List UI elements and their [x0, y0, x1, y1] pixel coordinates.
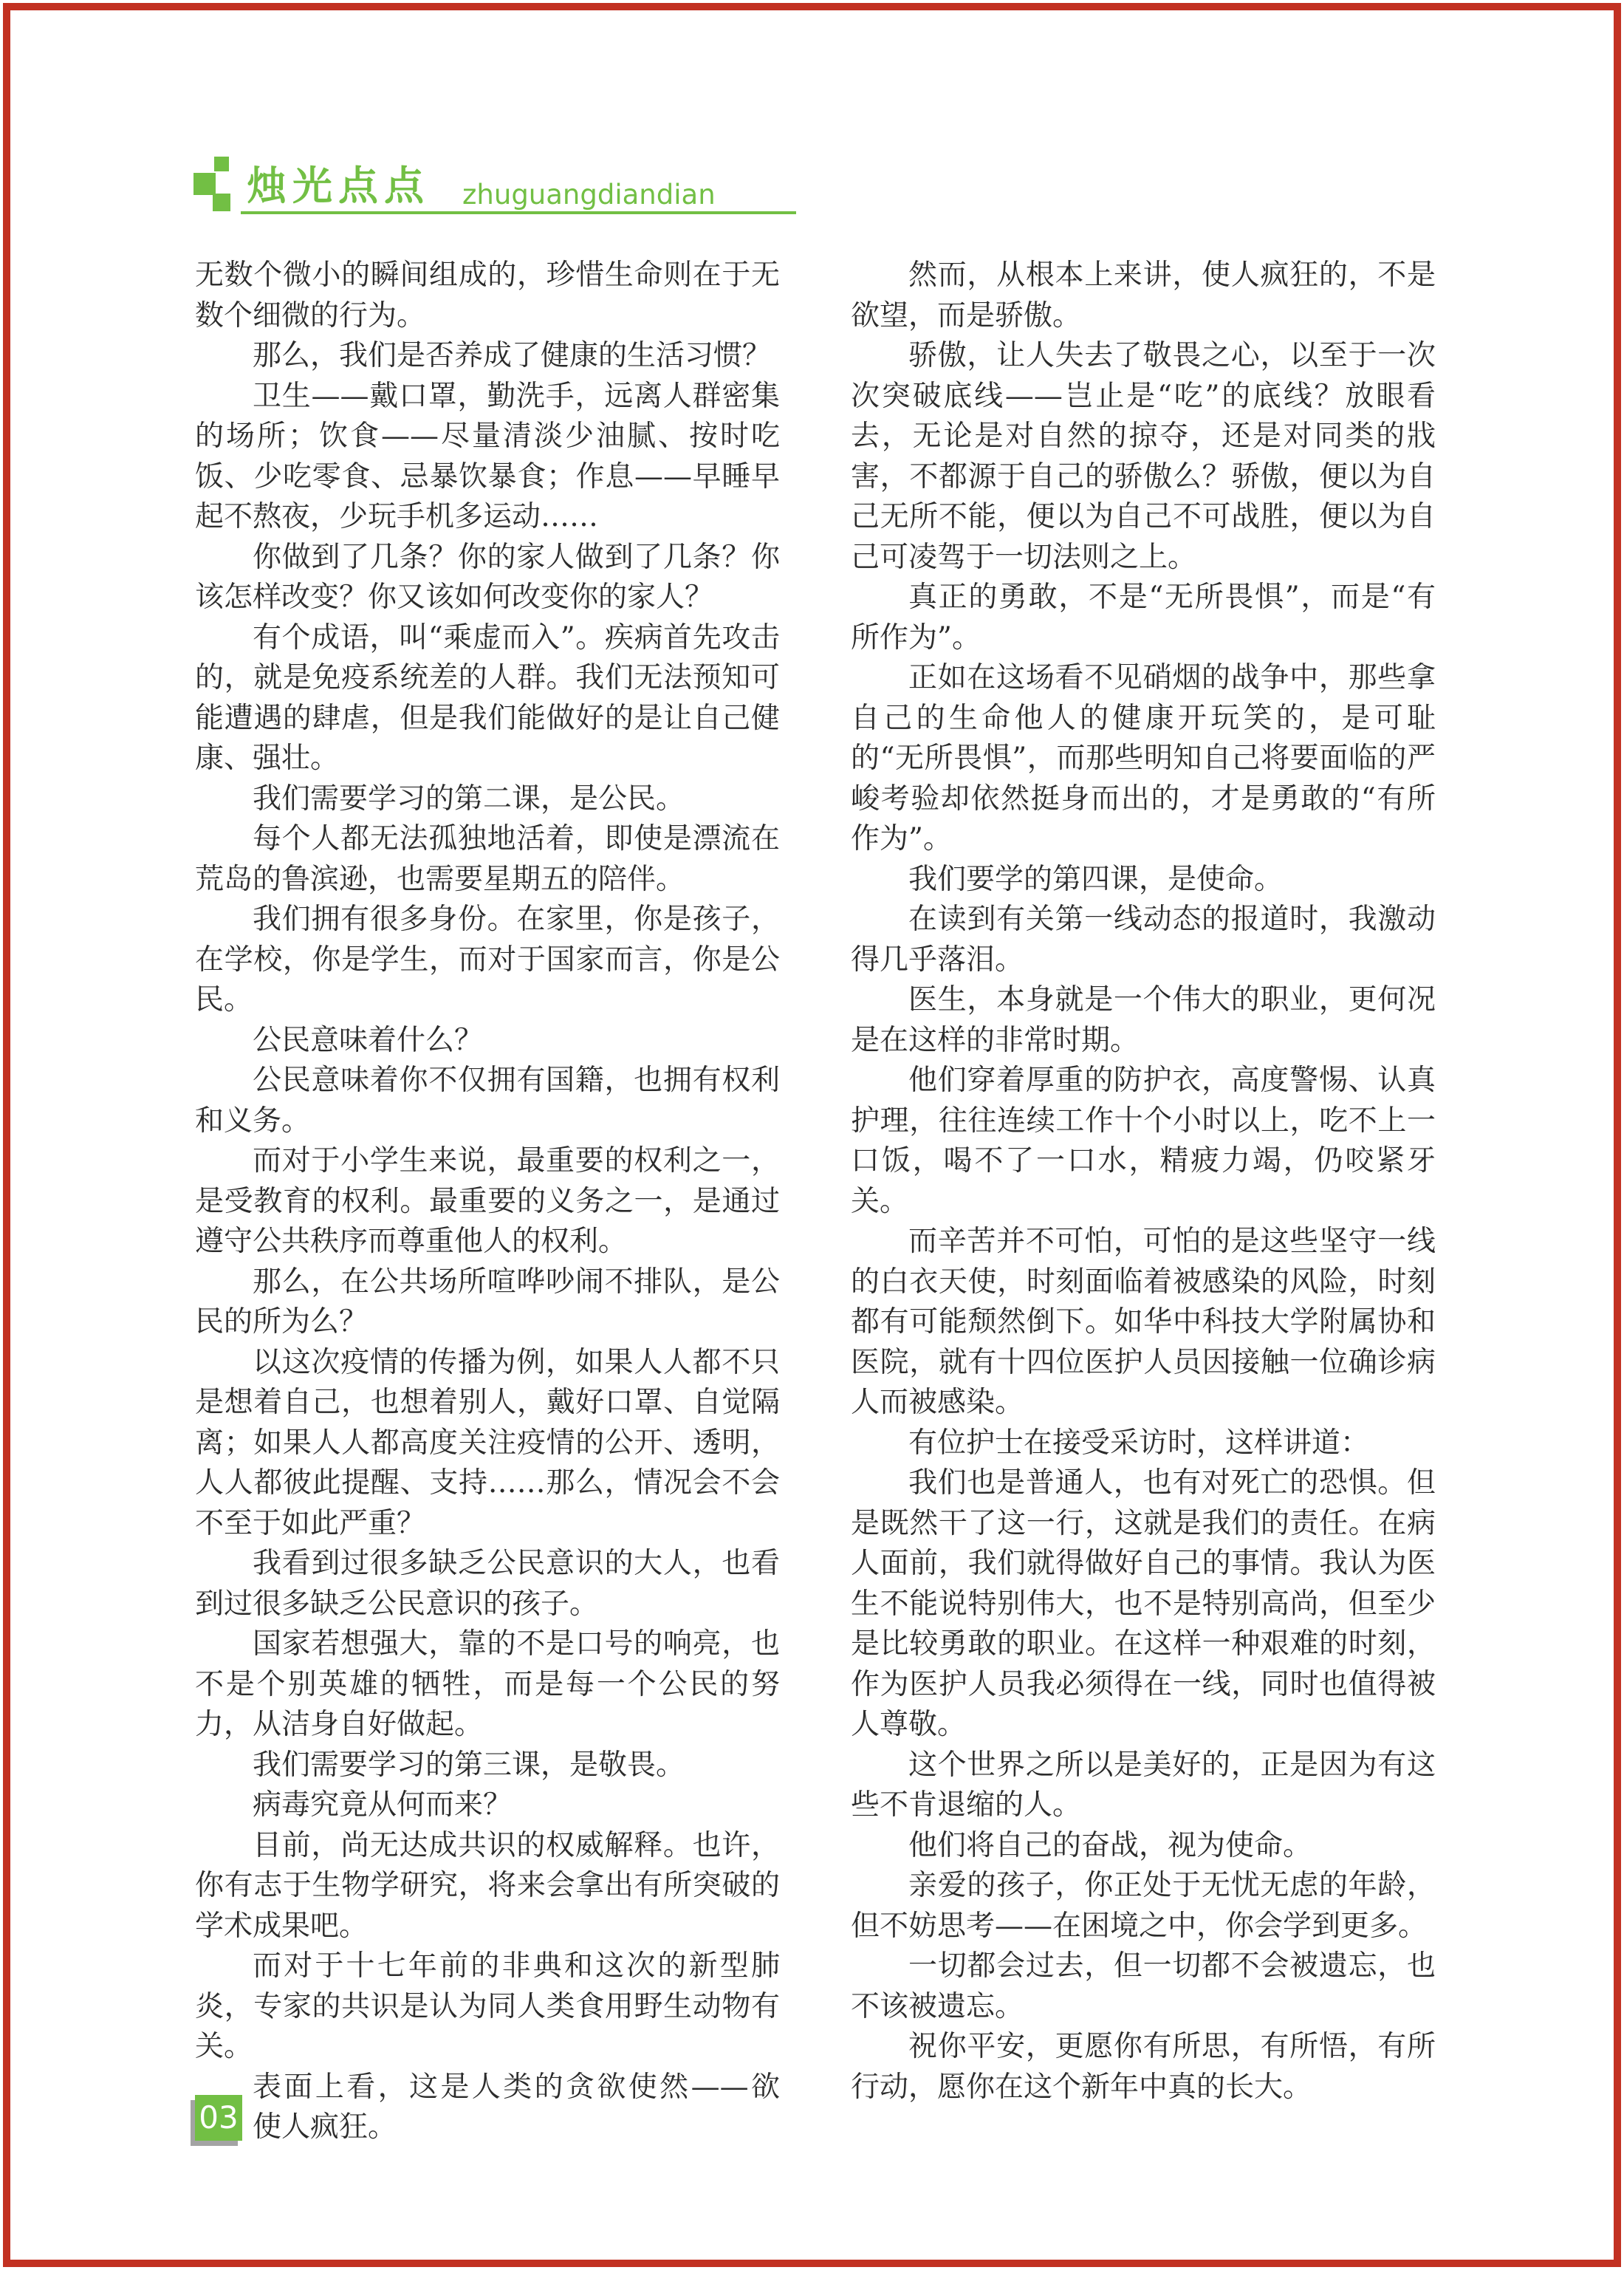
paragraph: 我们也是普通人，也有对死亡的恐惧。但是既然干了这一行，这就是我们的责任。在病人面…: [851, 1463, 1436, 1746]
logo-square-top: [214, 157, 229, 171]
paragraph: 无数个微小的瞬间组成的，珍惜生命则在于无数个细微的行为。: [195, 256, 780, 336]
paragraph: 我看到过很多缺乏公民意识的大人，也看到过很多缺乏公民意识的孩子。: [195, 1544, 780, 1624]
paragraph: 我们要学的第四课，是使命。: [851, 860, 1436, 900]
paragraph: 以这次疫情的传播为例，如果人人都不只是想着自己，也想着别人，戴好口罩、自觉隔离；…: [195, 1343, 780, 1545]
article-column-right: 然而，从根本上来讲，使人疯狂的，不是欲望，而是骄傲。骄傲，让人失去了敬畏之心，以…: [851, 256, 1436, 2107]
paragraph: 目前，尚无达成共识的权威解释。也许，你有志于生物学研究，将来会拿出有所突破的学术…: [195, 1826, 780, 1947]
paragraph: 一切都会过去，但一切都不会被遗忘，也不该被遗忘。: [851, 1946, 1436, 2027]
paragraph: 祝你平安，更愿你有所思，有所悟，有所行动，愿你在这个新年中真的长大。: [851, 2027, 1436, 2107]
paragraph: 国家若想强大，靠的不是口号的响亮，也不是个别英雄的牺牲，而是每一个公民的努力，从…: [195, 1624, 780, 1746]
paragraph: 这个世界之所以是美好的，正是因为有这些不肯退缩的人。: [851, 1746, 1436, 1826]
paragraph: 他们穿着厚重的防护衣，高度警惕、认真护理，往往连续工作十个小时以上，吃不上一口饭…: [851, 1061, 1436, 1222]
section-title-pinyin: zhuguangdiandian: [462, 180, 716, 210]
paragraph: 有个成语，叫“乘虚而入”。疾病首先攻击的，就是免疫系统差的人群。我们无法预知可能…: [195, 618, 780, 779]
page-number-badge: 03: [195, 2095, 242, 2141]
paragraph: 病毒究竟从何而来？: [195, 1785, 780, 1826]
paragraph: 你做到了几条？你的家人做到了几条？你该怎样改变？你又该如何改变你的家人？: [195, 538, 780, 618]
paragraph: 而辛苦并不可怕，可怕的是这些坚守一线的白衣天使，时刻面临着被感染的风险，时刻都有…: [851, 1222, 1436, 1423]
logo-square-bottom: [213, 194, 230, 211]
section-title: 烛光点点: [247, 165, 430, 207]
paragraph: 那么，我们是否养成了健康的生活习惯？: [195, 336, 780, 377]
article-column-left: 无数个微小的瞬间组成的，珍惜生命则在于无数个细微的行为。那么，我们是否养成了健康…: [195, 256, 780, 2148]
paragraph: 那么，在公共场所喧哗吵闹不排队，是公民的所为么？: [195, 1262, 780, 1343]
paragraph: 而对于小学生来说，最重要的权利之一，是受教育的权利。最重要的义务之一，是通过遵守…: [195, 1141, 780, 1262]
paragraph: 然而，从根本上来讲，使人疯狂的，不是欲望，而是骄傲。: [851, 256, 1436, 336]
paragraph: 公民意味着你不仅拥有国籍，也拥有权利和义务。: [195, 1061, 780, 1141]
paragraph: 在读到有关第一线动态的报道时，我激动得几乎落泪。: [851, 900, 1436, 980]
paragraph: 骄傲，让人失去了敬畏之心，以至于一次次突破底线——岂止是“吃”的底线？放眼看去，…: [851, 336, 1436, 578]
paragraph: 公民意味着什么？: [195, 1021, 780, 1062]
paragraph: 表面上看，这是人类的贪欲使然——欲望，使人疯狂。: [195, 2068, 780, 2148]
paragraph: 他们将自己的奋战，视为使命。: [851, 1826, 1436, 1867]
paragraph: 我们需要学习的第三课，是敬畏。: [195, 1746, 780, 1786]
paragraph: 有位护士在接受采访时，这样讲道：: [851, 1423, 1436, 1464]
header-underline: [241, 211, 796, 214]
paragraph: 亲爱的孩子，你正处于无忧无虑的年龄，但不妨思考——在困境之中，你会学到更多。: [851, 1866, 1436, 1946]
paragraph: 我们需要学习的第二课，是公民。: [195, 779, 780, 820]
logo-square-middle: [193, 173, 216, 195]
paragraph: 卫生——戴口罩，勤洗手，远离人群密集的场所；饮食——尽量清淡少油腻、按时吃饭、少…: [195, 377, 780, 538]
magazine-page: 烛光点点 zhuguangdiandian 无数个微小的瞬间组成的，珍惜生命则在…: [0, 0, 1624, 2270]
paragraph: 而对于十七年前的非典和这次的新型肺炎，专家的共识是认为同人类食用野生动物有关。: [195, 1946, 780, 2068]
paragraph: 真正的勇敢，不是“无所畏惧”，而是“有所作为”。: [851, 578, 1436, 658]
pixel-squares-icon: [193, 157, 247, 214]
paragraph: 我们拥有很多身份。在家里，你是孩子，在学校，你是学生，而对于国家而言，你是公民。: [195, 900, 780, 1021]
paragraph: 正如在这场看不见硝烟的战争中，那些拿自己的生命他人的健康开玩笑的，是可耻的“无所…: [851, 658, 1436, 860]
paragraph: 每个人都无法孤独地活着，即使是漂流在荒岛的鲁滨逊，也需要星期五的陪伴。: [195, 819, 780, 900]
paragraph: 医生，本身就是一个伟大的职业，更何况是在这样的非常时期。: [851, 980, 1436, 1061]
